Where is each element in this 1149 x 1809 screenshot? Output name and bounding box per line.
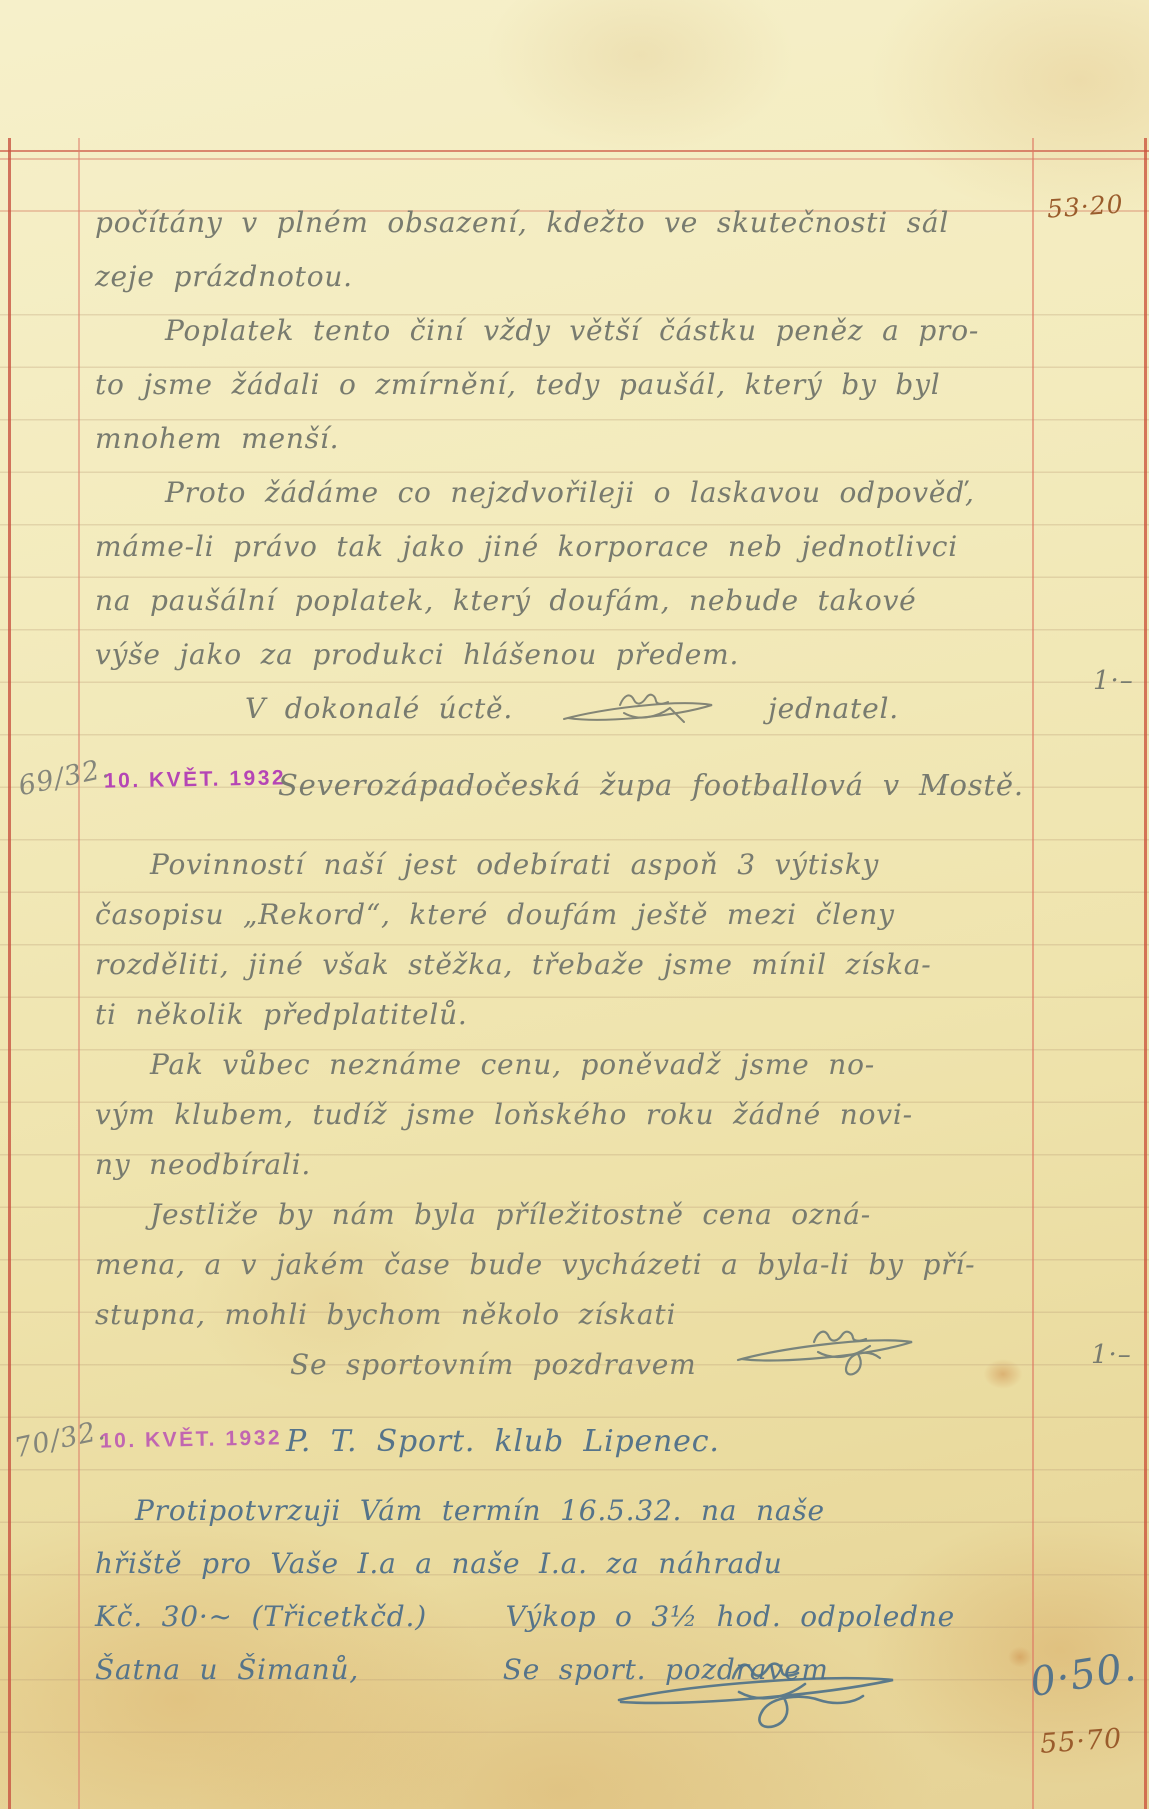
handwritten-line: hřiště pro Vaše I.a a naše I.a. za náhra… bbox=[95, 1537, 1040, 1590]
handwritten-line: Protipotvrzuji Vám termín 16.5.32. na na… bbox=[95, 1484, 1040, 1537]
fee-text: Kč. 30·~ (Třicetkčd.) bbox=[95, 1600, 427, 1633]
fee-amount-letter2: 1·– bbox=[1091, 1340, 1132, 1370]
handwritten-line: výše jako za produkci hlášenou předem. bbox=[95, 628, 1040, 682]
handwritten-line: Pak vůbec neznáme cenu, poněvadž jsme no… bbox=[95, 1040, 1040, 1090]
fee-amount-letter1: 1·– bbox=[1093, 666, 1134, 696]
handwritten-line: vým klubem, tudíž jsme loňského roku žád… bbox=[95, 1090, 1040, 1140]
handwritten-line: počítány v plném obsazení, kdežto ve sku… bbox=[95, 196, 1040, 250]
signer-role: jednatel. bbox=[768, 682, 899, 736]
date-stamp: 10. KVĚT. 1932 bbox=[104, 766, 286, 793]
carried-amount: 53·20 bbox=[1046, 189, 1124, 223]
handwritten-line: časopisu „Rekord“, které doufám ještě me… bbox=[95, 890, 1040, 940]
letter2-body: Povinností naší jest odebírati aspoň 3 v… bbox=[95, 840, 1040, 1390]
recipient-line: P. T. Sport. klub Lipenec. bbox=[286, 1424, 720, 1459]
signature-scribble bbox=[605, 1652, 905, 1742]
running-total: 55·70 bbox=[1039, 1723, 1123, 1760]
kickoff-text: Výkop o 3½ hod. odpoledne bbox=[506, 1600, 955, 1633]
signature-scribble bbox=[558, 683, 718, 735]
handwritten-line: Povinností naší jest odebírati aspoň 3 v… bbox=[95, 840, 1040, 890]
letter1-body: počítány v plném obsazení, kdežto ve sku… bbox=[95, 196, 1040, 736]
handwritten-line: mena, a v jakém čase bude vycházeti a by… bbox=[95, 1240, 1040, 1290]
left-margin-rule bbox=[78, 138, 80, 1809]
handwritten-line: mnohem menší. bbox=[95, 412, 1040, 466]
top-rule-secondary bbox=[0, 158, 1149, 160]
ledger-page: 53·20 počítány v plném obsazení, kdežto … bbox=[0, 0, 1149, 1809]
left-edge-rule bbox=[8, 138, 11, 1809]
signature-scribble bbox=[730, 1318, 920, 1388]
right-edge-rule bbox=[1144, 138, 1147, 1809]
recipient-line: Severozápadočeská župa footballová v Mos… bbox=[278, 768, 1024, 802]
handwritten-line: máme-li právo tak jako jiné korporace ne… bbox=[95, 520, 1040, 574]
handwritten-line: to jsme žádali o zmírnění, tedy paušál, … bbox=[95, 358, 1040, 412]
handwritten-line: Proto žádáme co nejzdvořileji o laskavou… bbox=[95, 466, 1040, 520]
dressing-room-text: Šatna u Šimanů, bbox=[95, 1653, 359, 1686]
fee-amount-letter3: 0·50. bbox=[1027, 1644, 1140, 1706]
handwritten-line: Kč. 30·~ (Třicetkčd.) Výkop o 3½ hod. od… bbox=[95, 1590, 1040, 1643]
handwritten-line: na paušální poplatek, který doufám, nebu… bbox=[95, 574, 1040, 628]
closing-row: V dokonalé úctě. jednatel. bbox=[95, 682, 1040, 736]
closing-phrase: V dokonalé úctě. bbox=[245, 682, 513, 736]
closing-phrase: Se sportovním pozdravem bbox=[290, 1348, 696, 1381]
handwritten-line: Poplatek tento činí vždy větší částku pe… bbox=[95, 304, 1040, 358]
handwritten-line: rozděliti, jiné však stěžka, třebaže jsm… bbox=[95, 940, 1040, 990]
date-stamp: 10. KVĚT. 1932 bbox=[100, 1426, 282, 1453]
handwritten-line: ny neodbírali. bbox=[95, 1140, 1040, 1190]
handwritten-line: Jestliže by nám byla příležitostně cena … bbox=[95, 1190, 1040, 1240]
handwritten-line: ti několik předplatitelů. bbox=[95, 990, 1040, 1040]
top-rule-primary bbox=[0, 150, 1149, 152]
handwritten-line: zeje prázdnotou. bbox=[95, 250, 1040, 304]
entry-number: 69/32. bbox=[16, 753, 113, 803]
entry-number: 70/32. bbox=[12, 1415, 109, 1465]
